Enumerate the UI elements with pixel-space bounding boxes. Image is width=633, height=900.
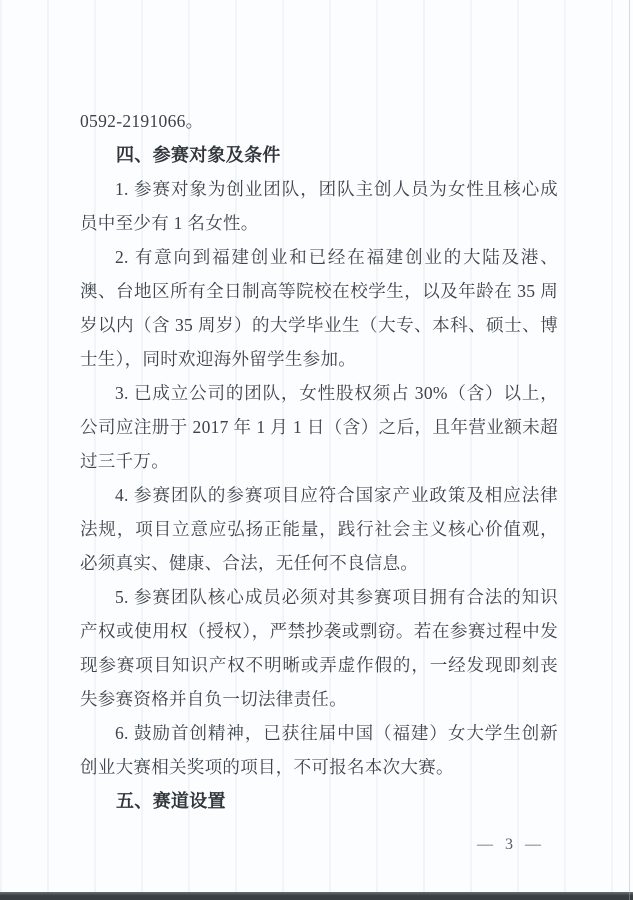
condition-item-3: 3. 已成立公司的团队，女性股权须占 30%（含）以上，公司应注册于 2017 … bbox=[80, 376, 558, 478]
scan-edge-bar bbox=[0, 892, 633, 900]
document-body: 0592-2191066。 四、参赛对象及条件 1. 参赛对象为创业团队，团队主… bbox=[80, 104, 558, 818]
condition-item-5: 5. 参赛团队核心成员必须对其参赛项目拥有合法的知识产权或使用权（授权），严禁抄… bbox=[80, 580, 558, 716]
condition-item-4: 4. 参赛团队的参赛项目应符合国家产业政策及相应法律法规，项目立意应弘扬正能量，… bbox=[80, 478, 558, 580]
condition-item-2: 2. 有意向到福建创业和已经在福建创业的大陆及港、澳、台地区所有全日制高等院校在… bbox=[80, 240, 558, 376]
page-number: — 3 — bbox=[477, 836, 545, 854]
scanned-document-page: 0592-2191066。 四、参赛对象及条件 1. 参赛对象为创业团队，团队主… bbox=[0, 0, 633, 900]
phone-number-line: 0592-2191066。 bbox=[80, 104, 558, 138]
condition-item-6: 6. 鼓励首创精神，已获往届中国（福建）女大学生创新创业大赛相关奖项的项目，不可… bbox=[80, 716, 558, 784]
condition-item-1: 1. 参赛对象为创业团队，团队主创人员为女性且核心成员中至少有 1 名女性。 bbox=[80, 172, 558, 240]
section-4-heading: 四、参赛对象及条件 bbox=[80, 138, 558, 172]
section-5-heading: 五、赛道设置 bbox=[80, 784, 558, 818]
